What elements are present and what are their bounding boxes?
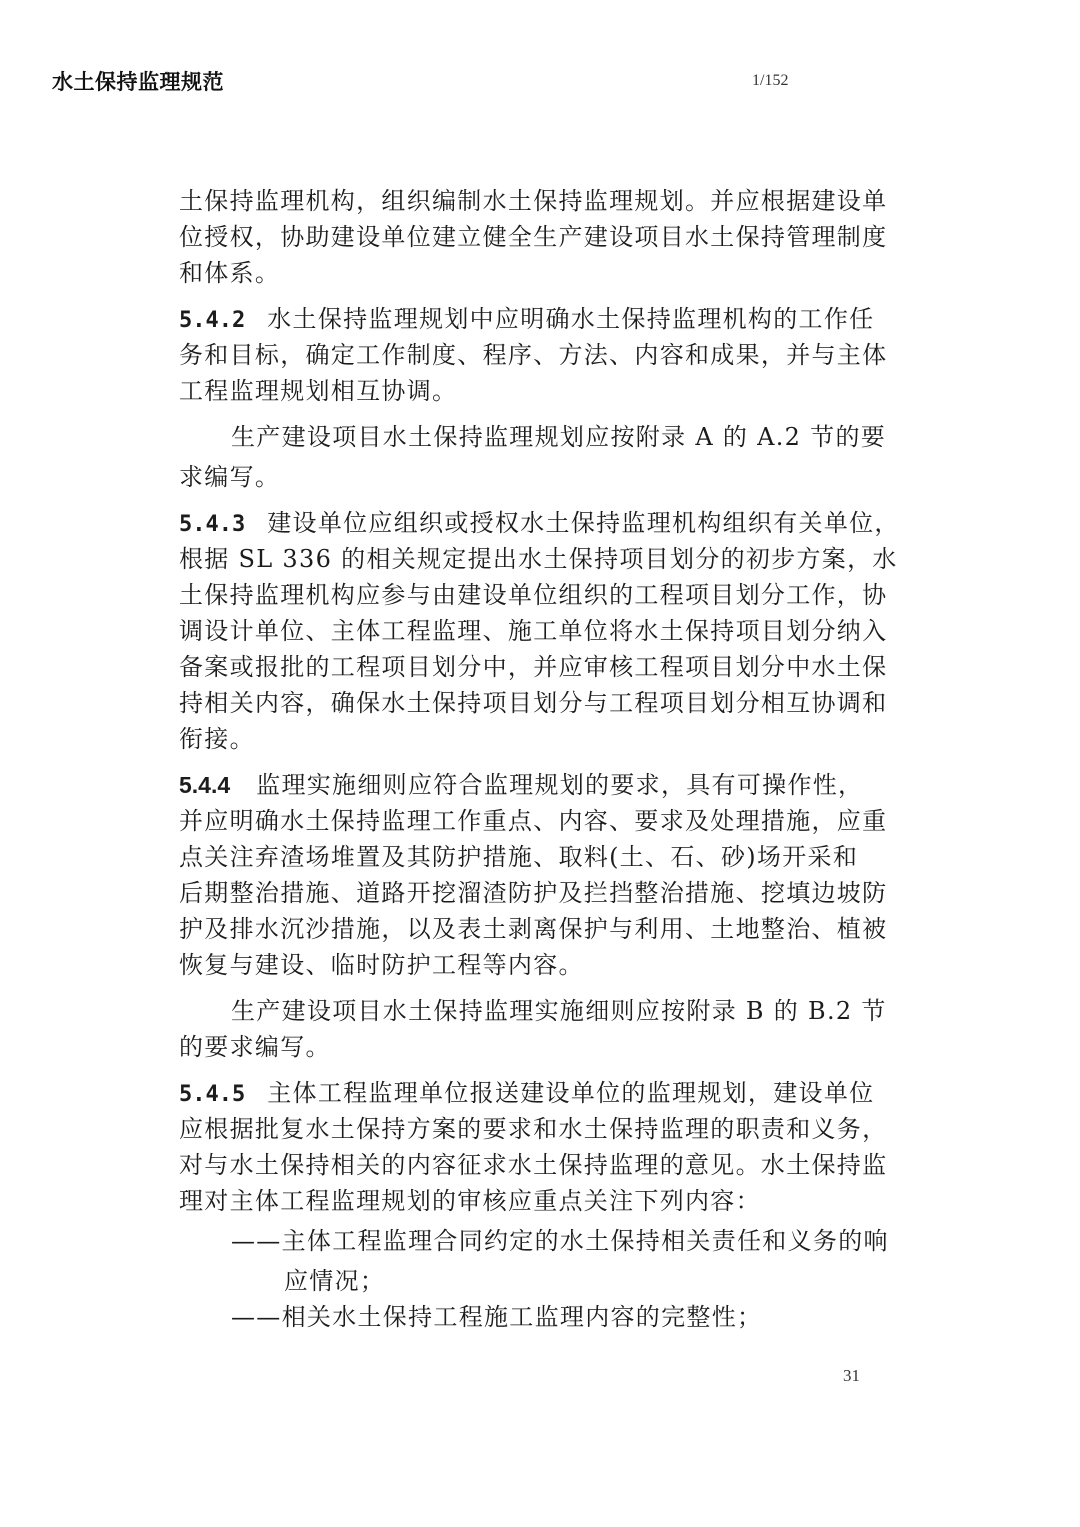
text-line: 生产建设项目水土保持监理实施细则应按附录 B 的 B.2 节 <box>179 993 901 1029</box>
text-line: 应根据批复水土保持方案的要求和水土保持监理的职责和义务， <box>179 1111 901 1147</box>
document-title: 水土保持监理规范 <box>52 66 224 96</box>
text-line: 护及排水沉沙措施，以及表土剥离保护与利用、土地整治、植被 <box>179 911 901 947</box>
page-counter: 1/152 <box>752 72 788 90</box>
text-line: 后期整治措施、道路开挖溜渣防护及拦挡整治措施、挖填边坡防 <box>179 875 901 911</box>
text-line: 水土保持监理规划中应明确水土保持监理机构的工作任 <box>267 305 874 333</box>
list-item-continued: 应情况； <box>179 1263 901 1299</box>
text-line: 求编写。 <box>179 459 901 495</box>
text-line: 点关注弃渣场堆置及其防护措施、取料(土、石、砂)场开采和 <box>179 839 901 875</box>
section-number: 5.4.3 <box>179 512 245 537</box>
text-line: 恢复与建设、临时防护工程等内容。 <box>179 947 901 983</box>
text-line: 持相关内容，确保水土保持项目划分与工程项目划分相互协调和 <box>179 685 901 721</box>
list-item: ——相关水土保持工程施工监理内容的完整性； <box>179 1299 901 1335</box>
section-5-4-2: 5.4.2水土保持监理规划中应明确水土保持监理机构的工作任 务和目标，确定工作制… <box>179 301 901 409</box>
section-number: 5.4.2 <box>179 308 245 333</box>
paragraph-appendix-b: 生产建设项目水土保持监理实施细则应按附录 B 的 B.2 节 的要求编写。 <box>179 993 901 1065</box>
section-number: 5.4.4 <box>179 772 230 798</box>
text-line: 对与水土保持相关的内容征求水土保持监理的意见。水土保持监 <box>179 1147 901 1183</box>
page-number: 31 <box>843 1366 860 1386</box>
document-body: 土保持监理机构，组织编制水土保持监理规划。并应根据建设单 位授权，协助建设单位建… <box>179 183 901 1345</box>
text-line: 理对主体工程监理规划的审核应重点关注下列内容： <box>179 1183 901 1219</box>
text-line: 建设单位应组织或授权水土保持监理机构组织有关单位， <box>267 509 900 537</box>
text-line: 衔接。 <box>179 721 901 757</box>
text-line: 根据 SL 336 的相关规定提出水土保持项目划分的初步方案，水 <box>179 541 901 577</box>
page-header: 水土保持监理规范 1/152 <box>52 66 812 102</box>
text-line: 务和目标，确定工作制度、程序、方法、内容和成果，并与主体 <box>179 337 901 373</box>
text-line: 工程监理规划相互协调。 <box>179 373 901 409</box>
paragraph-appendix-a: 生产建设项目水土保持监理规划应按附录 A 的 A.2 节的要 求编写。 <box>179 419 901 495</box>
text-line: 并应明确水土保持监理工作重点、内容、要求及处理措施，应重 <box>179 803 901 839</box>
section-5-4-4: 5.4.4监理实施细则应符合监理规划的要求，具有可操作性， 并应明确水土保持监理… <box>179 767 901 983</box>
section-number: 5.4.5 <box>179 1082 245 1107</box>
text-line: 备案或报批的工程项目划分中，并应审核工程项目划分中水土保 <box>179 649 901 685</box>
text-line: 和体系。 <box>179 255 901 291</box>
text-line: 生产建设项目水土保持监理规划应按附录 A 的 A.2 节的要 <box>179 419 901 455</box>
text-line: 的要求编写。 <box>179 1029 901 1065</box>
text-line: 监理实施细则应符合监理规划的要求，具有可操作性， <box>256 771 863 799</box>
text-line: 位授权，协助建设单位建立健全生产建设项目水土保持管理制度 <box>179 219 901 255</box>
list-item: ——主体工程监理合同约定的水土保持相关责任和义务的响 <box>179 1223 901 1259</box>
text-line: 主体工程监理单位报送建设单位的监理规划，建设单位 <box>267 1079 874 1107</box>
text-line: 调设计单位、主体工程监理、施工单位将水土保持项目划分纳入 <box>179 613 901 649</box>
paragraph-continued: 土保持监理机构，组织编制水土保持监理规划。并应根据建设单 位授权，协助建设单位建… <box>179 183 901 291</box>
text-line: 土保持监理机构应参与由建设单位组织的工程项目划分工作，协 <box>179 577 901 613</box>
section-5-4-3: 5.4.3建设单位应组织或授权水土保持监理机构组织有关单位， 根据 SL 336… <box>179 505 901 757</box>
section-5-4-5: 5.4.5主体工程监理单位报送建设单位的监理规划，建设单位 应根据批复水土保持方… <box>179 1075 901 1335</box>
text-line: 土保持监理机构，组织编制水土保持监理规划。并应根据建设单 <box>179 183 901 219</box>
